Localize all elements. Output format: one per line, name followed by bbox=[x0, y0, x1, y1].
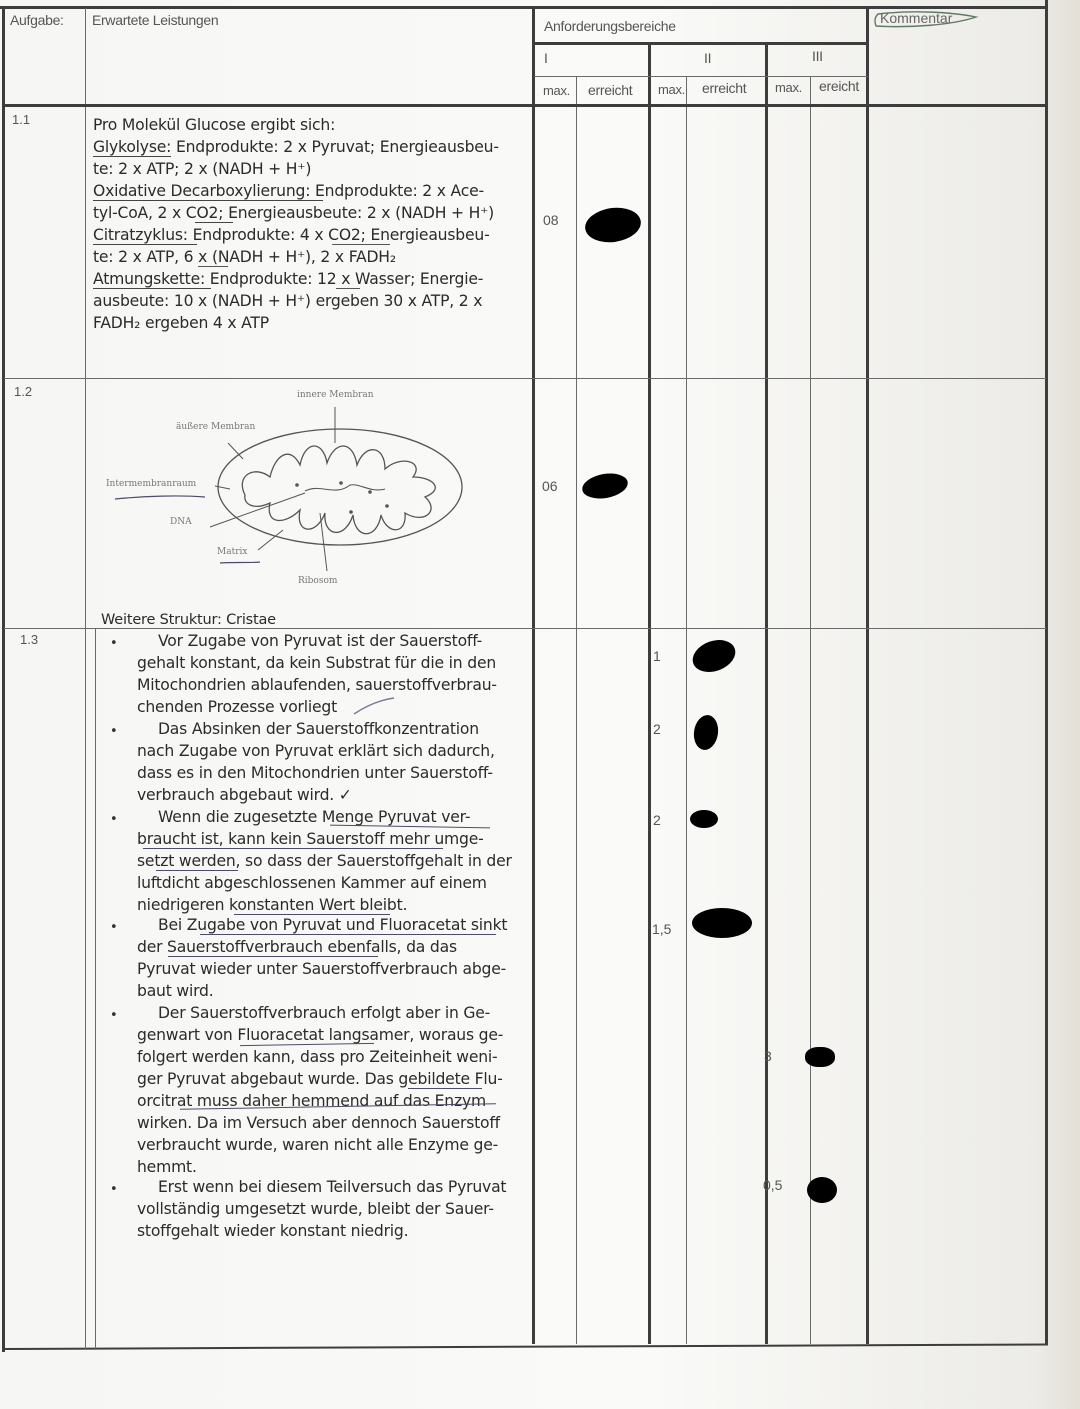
underline-zugabe-fluoracetat bbox=[200, 934, 496, 935]
header-area-I: I bbox=[544, 50, 548, 66]
table-border-right bbox=[1045, 0, 1048, 1345]
text-line: Atmungskette: Endprodukte: 12 x Wasser; … bbox=[93, 268, 499, 290]
bullet-5-text: Der Sauerstoffverbrauch erfolgt aber in … bbox=[137, 1002, 503, 1178]
grading-sheet: Aufgabe: Erwartete Leistungen Anforderun… bbox=[0, 0, 1080, 1409]
score-achieved-redacted-1-2 bbox=[580, 470, 629, 502]
bullet-marker: • bbox=[110, 1008, 118, 1023]
task-number-1-3: 1.3 bbox=[20, 632, 38, 647]
header-area-II: II bbox=[704, 50, 711, 66]
score-achieved-redacted-1-3-b3 bbox=[690, 810, 718, 828]
header-line-areas bbox=[534, 76, 868, 77]
score-max-1-3-b2: 2 bbox=[653, 721, 661, 737]
underline-atmungskette bbox=[93, 288, 211, 289]
label-outer-membrane: äußere Membran bbox=[176, 422, 255, 432]
underline-citrat-co2 bbox=[332, 244, 390, 245]
underline-12x bbox=[336, 288, 360, 289]
bullet-marker: • bbox=[110, 636, 118, 651]
teacher-tick-mark bbox=[352, 696, 396, 716]
row-1-2-extra: Weitere Struktur: Cristae bbox=[101, 609, 276, 631]
score-max-1-3-b3: 2 bbox=[653, 812, 661, 828]
text-line: Glykolyse: Endprodukte: 2 x Pyruvat; Ene… bbox=[93, 136, 499, 158]
score-max-1-3-b4: 1,5 bbox=[652, 921, 671, 937]
score-max-1-2: 06 bbox=[542, 478, 558, 494]
bullet-4-text: Bei Zugabe von Pyruvat und Fluoracetat s… bbox=[137, 914, 507, 1002]
text-line: te: 2 x ATP, 6 x (NADH + H⁺), 2 x FADH₂ bbox=[93, 246, 499, 268]
bullet-marker: • bbox=[110, 920, 118, 935]
underline-glykolyse bbox=[93, 156, 171, 157]
header-requirements-label: Anforderungsbereiche bbox=[544, 18, 676, 34]
label-intermembrane-space: Intermembranraum bbox=[106, 479, 196, 489]
bullet-6-text: Erst wenn bei diesem Teilversuch das Pyr… bbox=[137, 1176, 506, 1242]
bullet-1-text: Vor Zugabe von Pyruvat ist der Sauerstof… bbox=[137, 630, 497, 718]
score-max-1-1: 08 bbox=[543, 212, 559, 228]
col-divider-area-2-3 bbox=[765, 44, 768, 1344]
label-matrix: Matrix bbox=[217, 547, 247, 557]
col-divider-task bbox=[85, 8, 86, 1350]
score-max-1-3-b6: 0,5 bbox=[763, 1177, 782, 1193]
header-line-bottom bbox=[4, 104, 1048, 107]
header-expected-label: Erwartete Leistungen bbox=[92, 12, 218, 28]
bullet-marker: • bbox=[110, 1182, 118, 1197]
text-line: te: 2 x ATP; 2 x (NADH + H⁺) bbox=[93, 158, 499, 180]
underline-co2 bbox=[195, 222, 233, 223]
header-max-1: max. bbox=[543, 83, 570, 98]
header-max-2: max. bbox=[658, 82, 685, 97]
text-line: ausbeute: 10 x (NADH + H⁺) ergeben 30 x … bbox=[93, 290, 499, 312]
label-inner-membrane: innere Membran bbox=[297, 390, 374, 400]
bullet-3-text: Wenn die zugesetzte Menge Pyruvat ver- b… bbox=[137, 806, 512, 916]
score-max-1-3-b1: 1 bbox=[653, 648, 661, 664]
label-dna: DNA bbox=[170, 517, 192, 527]
header-max-3: max. bbox=[775, 80, 802, 95]
header-achieved-2: erreicht bbox=[702, 80, 746, 96]
text-line: tyl-CoA, 2 x CO2; Energieausbeute: 2 x (… bbox=[93, 202, 499, 224]
col-divider-max-1 bbox=[576, 76, 577, 1344]
underline-oxidative bbox=[93, 200, 323, 201]
col-divider-max-2 bbox=[686, 76, 687, 1344]
bullet-2-text: Das Absinken der Sauerstoffkonzentration… bbox=[137, 718, 495, 806]
task-number-1-2: 1.2 bbox=[14, 384, 32, 399]
col-divider-max-3 bbox=[810, 76, 811, 1344]
header-comment-label: Kommentar bbox=[880, 10, 952, 26]
task-number-1-1: 1.1 bbox=[12, 112, 30, 127]
label-ribosome: Ribosom bbox=[298, 576, 337, 586]
score-achieved-redacted-1-3-b4 bbox=[692, 908, 752, 938]
bullet-marker: • bbox=[110, 812, 118, 827]
header-area-III: III bbox=[812, 48, 823, 64]
score-achieved-redacted-1-3-b1 bbox=[688, 634, 740, 677]
header-task-label: Aufgabe: bbox=[10, 12, 64, 28]
text-line: FADH₂ ergeben 4 x ATP bbox=[93, 312, 499, 334]
score-achieved-redacted-1-1 bbox=[583, 204, 643, 245]
table-border-bottom bbox=[4, 1343, 1048, 1350]
underline-setzt-werden bbox=[156, 870, 238, 871]
table-border-left bbox=[2, 6, 5, 1352]
row-1-1-text: Pro Molekül Glucose ergibt sich: Glykoly… bbox=[93, 114, 499, 334]
score-max-1-3-b5: 3 bbox=[764, 1048, 772, 1064]
mitochondrion-diagram bbox=[95, 385, 515, 595]
underline-citratzyklus bbox=[93, 244, 197, 245]
score-achieved-redacted-1-3-b2 bbox=[692, 714, 721, 752]
text-line: Pro Molekül Glucose ergibt sich: bbox=[93, 114, 499, 136]
underline-sauerstoffverbrauch-ebenfalls bbox=[168, 956, 378, 957]
score-achieved-redacted-1-3-b5 bbox=[805, 1047, 835, 1067]
header-line-requirements bbox=[534, 42, 868, 45]
header-achieved-3: ereicht bbox=[819, 78, 859, 94]
score-achieved-redacted-1-3-b6 bbox=[807, 1177, 837, 1203]
underline-gebildete bbox=[408, 1088, 482, 1089]
row-divider-1 bbox=[4, 378, 1046, 379]
text-line: Oxidative Decarboxylierung: Endprodukte:… bbox=[93, 180, 499, 202]
text-line: Citratzyklus: Endprodukte: 4 x CO2; Ener… bbox=[93, 224, 499, 246]
col-divider-task-lower bbox=[95, 628, 96, 1350]
header-achieved-1: erreicht bbox=[588, 82, 632, 98]
underline-6x bbox=[198, 266, 228, 267]
col-divider-area-1-2 bbox=[648, 44, 651, 1344]
bullet-marker: • bbox=[110, 724, 118, 739]
col-divider-expected bbox=[532, 8, 535, 1344]
col-divider-comment bbox=[866, 8, 869, 1344]
underline-kann-kein-sauerstoff bbox=[143, 848, 443, 849]
